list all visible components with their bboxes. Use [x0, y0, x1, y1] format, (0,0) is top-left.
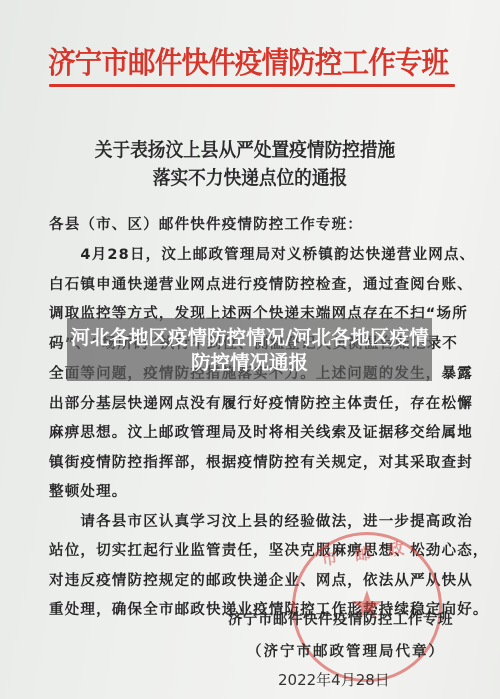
body-line: 白石镇申通快递营业网点进行疫情防控检查，通过查阅台账、	[49, 273, 461, 294]
document-title-line-2: 落实不力快递点位的通报	[18, 163, 483, 190]
header-red-rule	[49, 84, 455, 87]
caption-overlay: 河北各地区疫情防控情况/河北各地区疫情防控情况通报	[67, 318, 432, 381]
body-line: 麻痹思想。汶上邮政管理局及时将相关线索及证据移交给属地	[49, 421, 461, 442]
caption-text: 河北各地区疫情防控情况/河北各地区疫情防控情况通报	[67, 318, 432, 375]
body-line: 请各县市区认真学习汶上县的经验做法，进一步提高政治	[49, 510, 461, 531]
body-line: 整顿处理。	[49, 480, 461, 501]
signature-date: 2022年4月28日	[278, 669, 390, 690]
body-line: 4月28日，汶上邮政管理局对义桥镇韵达快递营业网点、	[49, 243, 461, 264]
body-line: 各县（市、区）邮件快件疫情防控工作专班：	[49, 213, 461, 234]
signature-org: 济宁市邮件快件疫情防控工作专班	[228, 608, 453, 629]
stamp-text: 市 邮 政	[320, 535, 411, 570]
header-org-title: 济宁市邮件快件疫情防控工作专班	[48, 38, 423, 82]
body-line: 镇街疫情防控指挥部，根据疫情防控有关规定，对其采取查封	[49, 451, 461, 472]
body-line: 出部分基层快递网点没有履行好疫情防控主体责任，存在松懈	[49, 392, 461, 413]
signature-sub: （济宁市邮政管理局代章）	[247, 640, 445, 661]
document-title-line-1: 关于表扬汶上县从严处置疫情防控措施	[13, 135, 478, 162]
